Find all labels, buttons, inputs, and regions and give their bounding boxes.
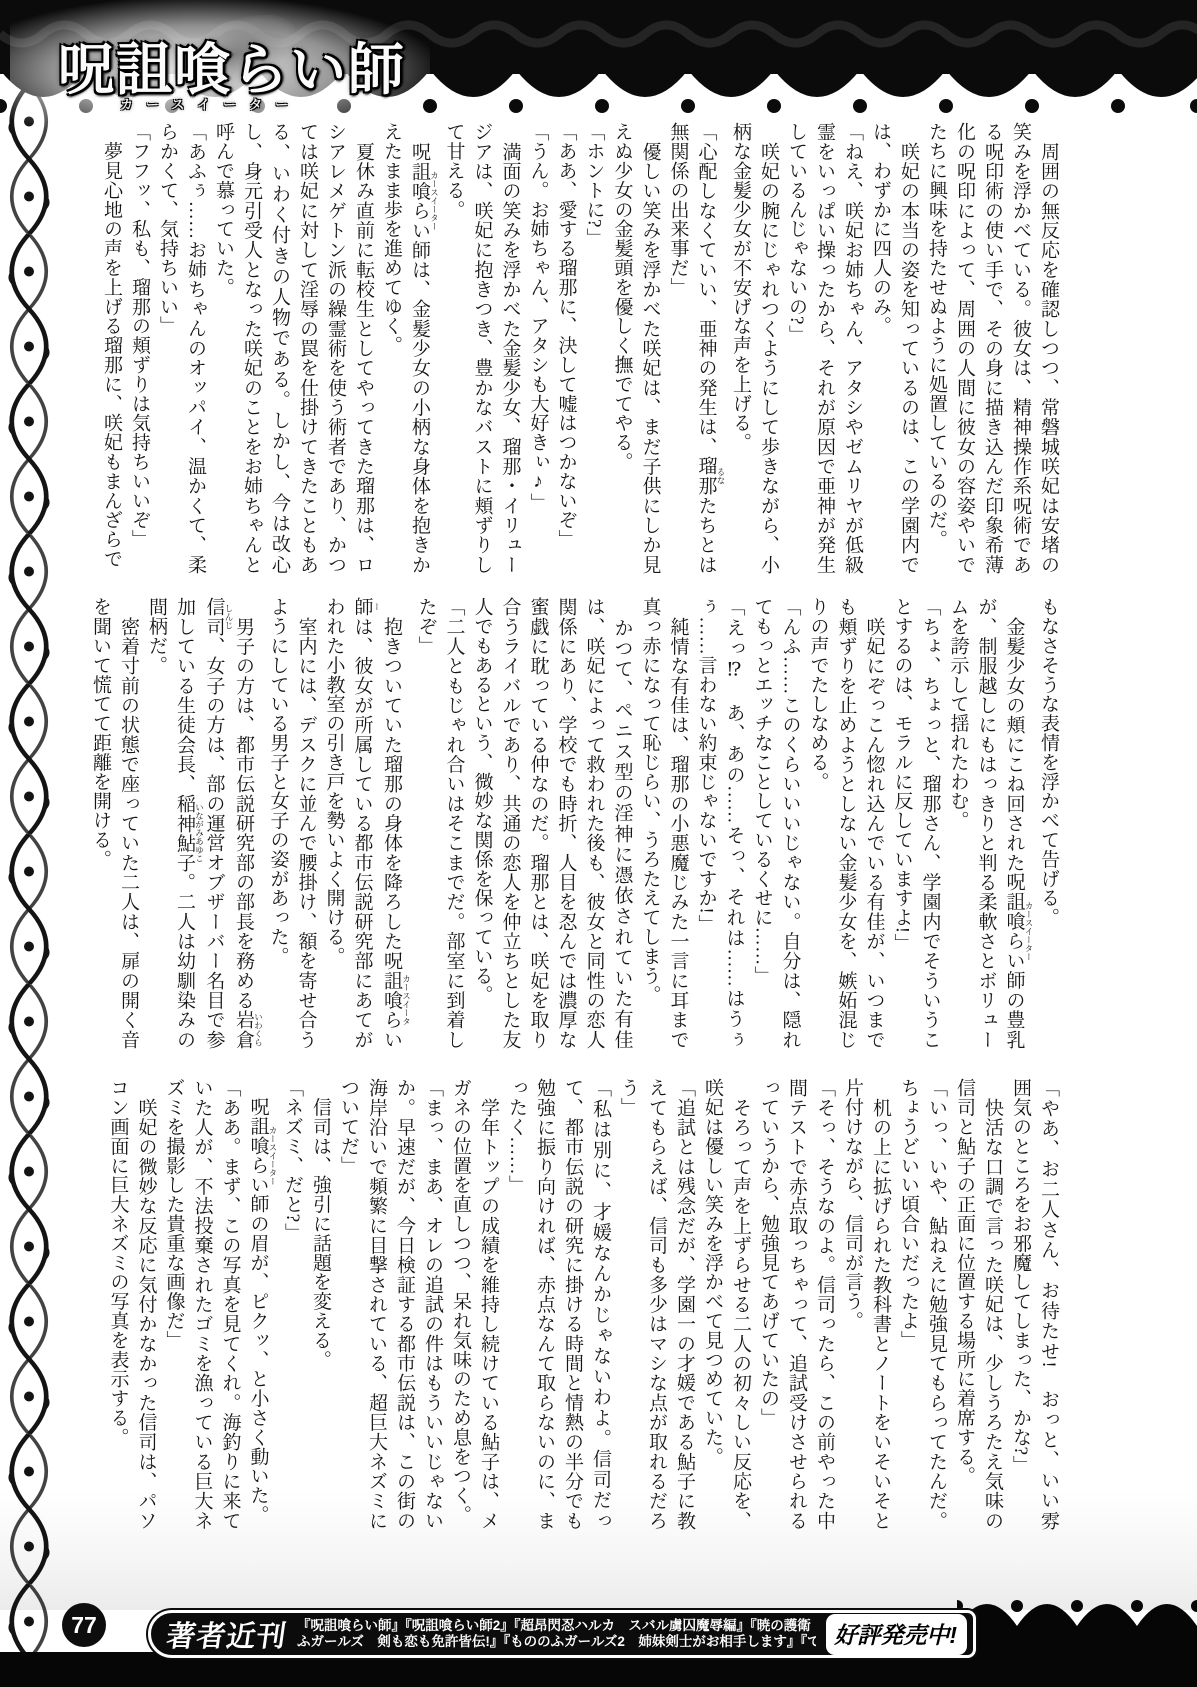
book-list: 『呪詛喰らい師』『呪詛喰らい師2』『超昂閃忍ハルカ スバル虜囚魔辱編』『暁の護衛… xyxy=(297,1618,816,1651)
book-title-furigana: カースイーター xyxy=(120,94,301,113)
paragraph: 「そっ、そうなのよ。信司ったら、この前やった中間テストで赤点取っちゃって、追試受… xyxy=(754,1078,838,1530)
paragraph: 周囲の無反応を確認しつつ、常磐城咲妃は安堵の笑みを浮かべている。彼女は、精神操作… xyxy=(922,122,1062,574)
paragraph: 快活な口調で言った咲妃は、少しうろたえ気味の信司と鮎子の正面に位置する場所に着席… xyxy=(950,1078,1006,1530)
book-list-line1: 『呪詛喰らい師』『呪詛喰らい師2』『超昂閃忍ハルカ スバル虜囚魔辱編』『暁の護衛… xyxy=(297,1618,816,1635)
paragraph: 「二人ともじゃれ合いはそこまでだ。部室に到着したぞ」 xyxy=(412,597,468,1049)
paragraph: 「追試とは残念だが、学園一の才媛である鮎子に教えてもらえば、信司も多少はマシな点… xyxy=(614,1078,698,1530)
novel-page: 呪詛喰らい師 カースイーター 周囲の無反応を確認しつつ、常磐城咲妃は安堵の笑みを… xyxy=(0,0,1197,1687)
footer-bar: 著者近刊 『呪詛喰らい師』『呪詛喰らい師2』『超昂閃忍ハルカ スバル虜囚魔辱編』… xyxy=(148,1610,976,1658)
paragraph: 「ネズミ、だと?」 xyxy=(278,1078,306,1530)
paragraph: 「ちょ、ちょっと、瑠那さん、学園内でそういうことするのは、モラルに反していますよ… xyxy=(888,597,944,1049)
paragraph: 夏休み直前に転校生としてやってきた瑠那は、ロシアレメゲトン派の繰霊術を使う術者で… xyxy=(209,122,377,574)
ruby-annotated-word: 瑠那るな xyxy=(696,456,717,495)
left-ornament-border xyxy=(0,84,58,1687)
paragraph: 男子の方は、都市伝説研究部の部長を務める岩倉いわくら信司しんじ、女子の方は、部の… xyxy=(142,597,264,1049)
paragraph: 「ああ。まず、この写真を見てくれ。海釣りに来ていた人が、不法投棄されたゴミを漁っ… xyxy=(160,1078,244,1530)
paragraph: 「ああ、愛する瑠那に、決して嘘はつかないぞ」 xyxy=(552,122,580,574)
paragraph: 「いっ、いや、鮎ねえに勉強見てもらってたんだ。ちょうどいい頃合いだったよ」 xyxy=(894,1078,950,1530)
paragraph: そろって声を上ずらせる二人の初々しい反応を、咲妃は優しい笑みを浮かべて見つめてい… xyxy=(698,1078,754,1530)
text-section-1: 周囲の無反応を確認しつつ、常磐城咲妃は安堵の笑みを浮かべている。彼女は、精神操作… xyxy=(90,122,1062,574)
page-number: 77 xyxy=(62,1603,106,1647)
paragraph: 「えっ⁉ あ、あの……そっ、それは……はうぅぅ……言わない約束じゃないですか!」 xyxy=(692,597,748,1049)
paragraph: 優しい笑みを浮かべた咲妃は、まだ子供にしか見えぬ少女の金髪頭を優しく撫でてやる。 xyxy=(608,122,664,574)
ruby-annotated-word: 呪詛喰らい師カースイーター xyxy=(248,1097,269,1213)
paragraph: 夢見心地の声を上げる瑠那に、咲妃もまんざらで xyxy=(97,122,125,574)
paragraph: 「んふ……このくらいいいじゃない。自分は、隠れてもっとエッチなことしているくせに… xyxy=(748,597,804,1049)
paragraph: 机の上に拡げられた教科書とノートをいそいそと片付けながら、信司が言う。 xyxy=(838,1078,894,1530)
paragraph: 咲妃の腕にじゃれつくようにして歩きながら、小柄な金髪少女が不安げな声を上げる。 xyxy=(726,122,782,574)
paragraph: 「やあ、お二人さん、お待たせ! おっと、いい雰囲気のところをお邪魔してしまった、… xyxy=(1006,1078,1062,1530)
paragraph: 咲妃の微妙な反応に気付かなかった信司は、パソコン画面に巨大ネズミの写真を表示する… xyxy=(104,1078,160,1530)
paragraph: 「フフッ、私も、瑠那の頬ずりは気持ちいいぞ」 xyxy=(125,122,153,574)
paragraph: 「あふぅ……お姉ちゃんのオッパイ、温かくて、柔らかくて、気持ちいい」 xyxy=(153,122,209,574)
paragraph: 呪詛喰らい師カースイーターの眉が、ピクッ、と小さく動いた。 xyxy=(244,1078,279,1530)
ruby-annotated-word: 信司しんじ xyxy=(204,597,225,636)
paragraph: 抱きついていた瑠那の身体を降ろした呪詛喰らい師カースイーターは、彼女が所属してい… xyxy=(320,597,412,1049)
paragraph: 咲妃にぞっこん惚れ込んでいる有佳が、いつまでも頬ずりを止めようとしない金髪少女を… xyxy=(804,597,888,1049)
paragraph: 「心配しなくていい、亜神の発生は、瑠那るなたちとは無関係の出来事だ」 xyxy=(664,122,727,574)
book-list-line2: ふガールズ 剣も恋も免許皆伝!』『もののふガールズ2 姉妹剣士がお相手します』『… xyxy=(297,1634,816,1651)
paragraph: 満面の笑みを浮かべた金髪少女、瑠那・イリュージアは、咲妃に抱きつき、豊かなバスト… xyxy=(440,122,524,574)
ruby-annotated-word: 稲神鮎子いながみあゆこ xyxy=(174,794,195,873)
paragraph: 「まっ、まあ、オレの追試の件はもういいじゃないか。早速だが、今日検証する都市伝説… xyxy=(334,1078,446,1530)
author-recent-works-label: 著者近刊 xyxy=(164,1614,290,1655)
paragraph: 信司は、強引に話題を変える。 xyxy=(306,1078,334,1530)
paragraph: 「ねえ、咲妃お姉ちゃん、アタシやゼムリヤが低級霊をいっぱい操ったから、それが原因… xyxy=(782,122,866,574)
text-section-3: 「やあ、お二人さん、お待たせ! おっと、いい雰囲気のところをお邪魔してしまった、… xyxy=(90,1078,1062,1530)
paragraph: 学年トップの成績を維持し続けている鮎子は、メガネの位置を直しつつ、呆れ気味のため… xyxy=(446,1078,502,1530)
paragraph: 密着寸前の状態で座っていた二人は、扉の開く音を聞いて慌てて距離を開ける。 xyxy=(86,597,142,1049)
paragraph: 「うん。お姉ちゃん、アタシも大好きぃ♪」 xyxy=(524,122,552,574)
ruby-annotated-word: 呪詛喰らい師カースイーター xyxy=(409,142,430,260)
paragraph: 室内には、デスクに並んで腰掛け、額を寄せ合うようにしている男子と女子の姿があった… xyxy=(264,597,320,1049)
ruby-annotated-word: 呪詛喰らい師カースイーター xyxy=(1004,872,1025,990)
ruby-annotated-word: 岩倉いわくら xyxy=(233,1010,254,1049)
paragraph: 「ホントに?」 xyxy=(580,122,608,574)
paragraph: かつて、ペニス型の淫神に憑依されていた有佳は、咲妃によって救われた後も、彼女と同… xyxy=(468,597,636,1049)
paragraph: もなさそうな表情を浮かべて告げる。 xyxy=(1034,597,1062,1049)
paragraph: 呪詛喰らい師カースイーターは、金髪少女の小柄な身体を抱きかえたまま歩を進めてゆく… xyxy=(377,122,440,574)
paragraph: 純情な有佳は、瑠那の小悪魔じみた一言に耳まで真っ赤になって恥じらい、うろたえてし… xyxy=(636,597,692,1049)
paragraph: 「私は別に、才媛なんかじゃないわよ。信司だって、都市伝説の研究に掛ける時間と情熱… xyxy=(502,1078,614,1530)
text-section-2: もなさそうな表情を浮かべて告げる。 金髪少女の頬にこね回された呪詛喰らい師カース… xyxy=(90,597,1062,1049)
paragraph: 金髪少女の頬にこね回された呪詛喰らい師カースイーターの豊乳が、制服越しにもはっき… xyxy=(944,597,1035,1049)
ruby-annotated-word: 呪詛喰らい師カースイーター xyxy=(352,597,403,1049)
paragraph: 咲妃の本当の姿を知っているのは、この学園内では、わずかに四人のみ。 xyxy=(866,122,922,574)
on-sale-badge: 好評発売中! xyxy=(826,1614,967,1655)
